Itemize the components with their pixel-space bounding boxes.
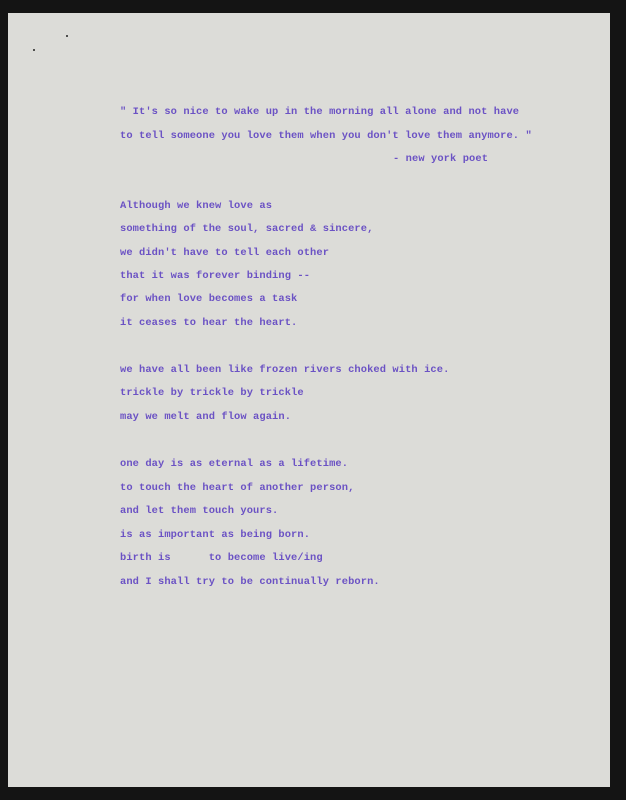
- epigraph-line: to tell someone you love them when you d…: [120, 130, 532, 142]
- poem-line: we have all been like frozen rivers chok…: [120, 364, 449, 376]
- document-page: " It's so nice to wake up in the morning…: [8, 13, 610, 787]
- poem-line: is as important as being born.: [120, 529, 310, 541]
- poem-line: something of the soul, sacred & sincere,: [120, 223, 373, 235]
- ink-speck: [33, 49, 35, 51]
- ink-speck: [66, 35, 68, 37]
- poem-line: and let them touch yours.: [120, 505, 278, 517]
- poem-line: may we melt and flow again.: [120, 411, 291, 423]
- poem-line: for when love becomes a task: [120, 293, 297, 305]
- epigraph-attribution: - new york poet: [393, 153, 488, 165]
- poem-line: it ceases to hear the heart.: [120, 317, 297, 329]
- epigraph-line: " It's so nice to wake up in the morning…: [120, 106, 519, 118]
- poem-line: one day is as eternal as a lifetime.: [120, 458, 348, 470]
- poem-line: Although we knew love as: [120, 200, 272, 212]
- poem-line: that it was forever binding --: [120, 270, 310, 282]
- poem-line: to touch the heart of another person,: [120, 482, 354, 494]
- poem-line: trickle by trickle by trickle: [120, 387, 304, 399]
- poem-line: and I shall try to be continually reborn…: [120, 576, 380, 588]
- poem-line: birth is to become live/ing: [120, 552, 323, 564]
- poem-line: we didn't have to tell each other: [120, 247, 329, 259]
